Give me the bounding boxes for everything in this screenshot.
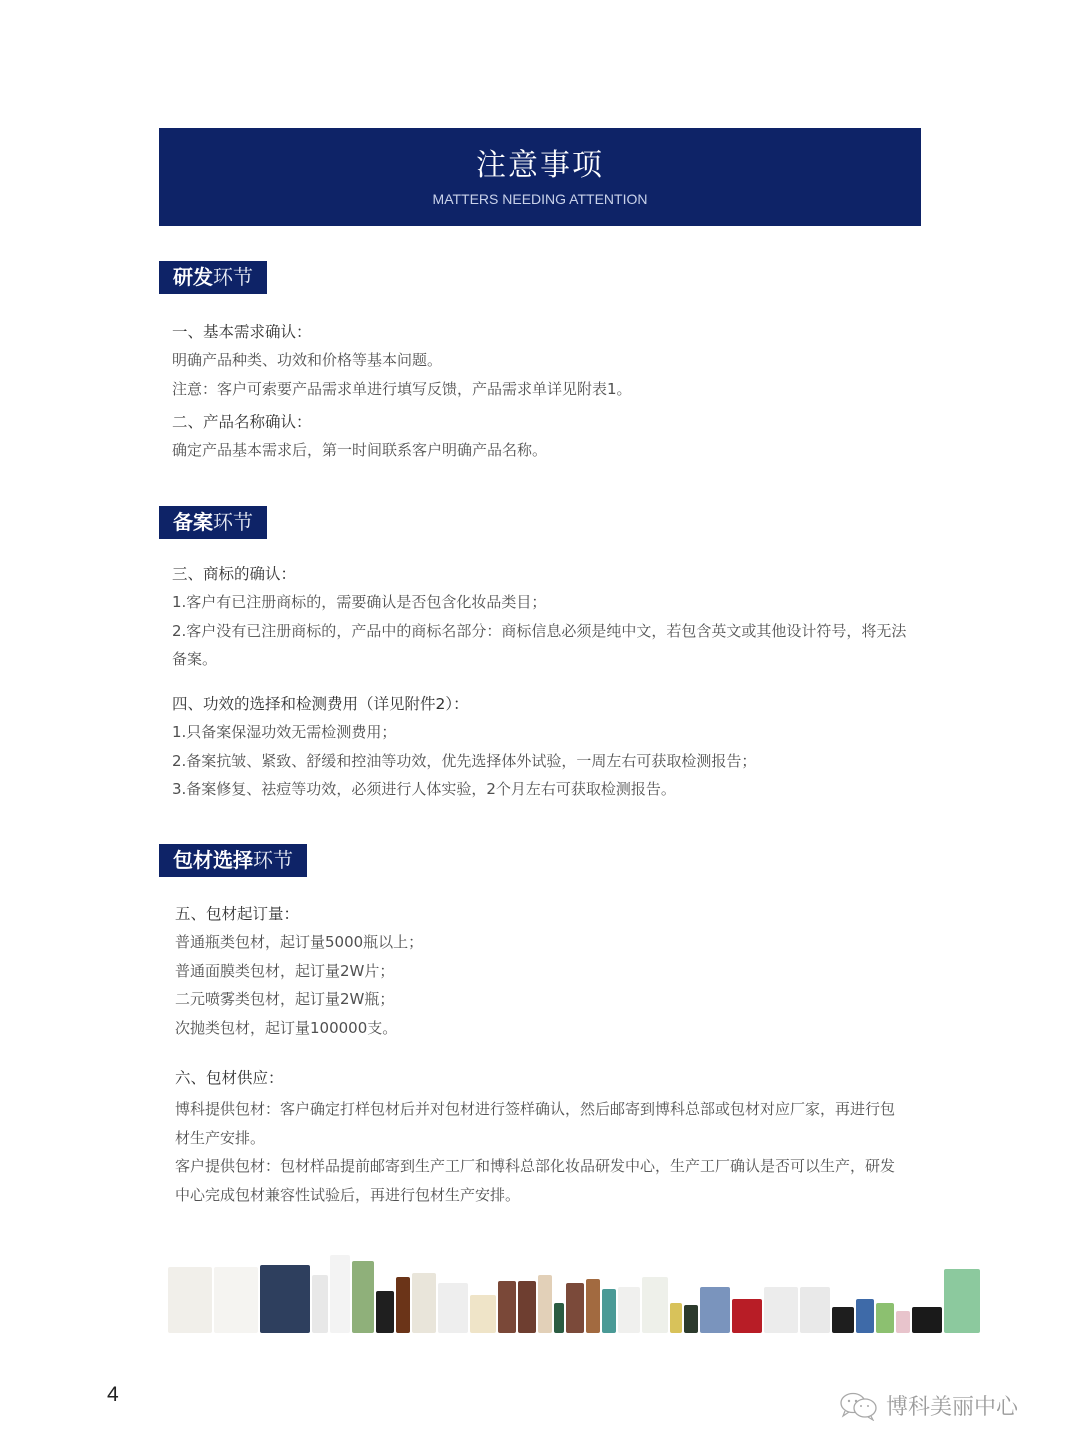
section-tag-rnd: 研发环节 xyxy=(159,261,267,294)
item-line: 普通瓶类包材，起订量5000瓶以上； xyxy=(175,928,927,957)
title-banner: 注意事项 MATTERS NEEDING ATTENTION xyxy=(159,128,921,226)
item-line: 2.客户没有已注册商标的，产品中的商标名部分：商标信息必须是纯中文，若包含英文或… xyxy=(172,617,924,646)
section-tag-bold: 研发 xyxy=(173,265,213,289)
section-tag-bold: 包材选择 xyxy=(173,848,253,872)
item-trademark: 三、商标的确认： 1.客户有已注册商标的，需要确认是否包含化妆品类目； 2.客户… xyxy=(172,560,924,674)
item-line: 次抛类包材，起订量100000支。 xyxy=(175,1014,927,1043)
document-page: 注意事项 MATTERS NEEDING ATTENTION 研发环节 一、基本… xyxy=(0,0,1080,1455)
item-line: 备案。 xyxy=(172,645,924,674)
item-line: 2.备案抗皱、紧致、舒缓和控油等功效，优先选择体外试验，一周左右可获取检测报告； xyxy=(172,747,924,776)
item-heading: 四、功效的选择和检测费用（详见附件2）： xyxy=(172,690,924,718)
item-line: 1.只备案保湿功效无需检测费用； xyxy=(172,718,924,747)
item-line: 中心完成包材兼容性试验后，再进行包材生产安排。 xyxy=(175,1181,925,1210)
page-subtitle: MATTERS NEEDING ATTENTION xyxy=(159,191,921,207)
item-line: 博科提供包材：客户确定打样包材后并对包材进行签样确认，然后邮寄到博科总部或包材对… xyxy=(175,1095,925,1124)
item-packaging-supply: 六、包材供应： 博科提供包材：客户确定打样包材后并对包材进行签样确认，然后邮寄到… xyxy=(175,1064,925,1209)
item-line: 1.客户有已注册商标的，需要确认是否包含化妆品类目； xyxy=(172,588,924,617)
item-line: 确定产品基本需求后，第一时间联系客户明确产品名称。 xyxy=(172,436,924,465)
wechat-icon xyxy=(838,1391,880,1421)
section-tag-light: 环节 xyxy=(213,510,253,534)
item-product-name: 二、产品名称确认： 确定产品基本需求后，第一时间联系客户明确产品名称。 xyxy=(172,408,924,465)
item-line: 二元喷雾类包材，起订量2W瓶； xyxy=(175,985,927,1014)
section-tag-packaging: 包材选择环节 xyxy=(159,844,307,877)
item-line: 明确产品种类、功效和价格等基本问题。 xyxy=(172,346,924,375)
page-number: 4 xyxy=(107,1383,119,1407)
section-tag-filing: 备案环节 xyxy=(159,506,267,539)
item-line: 材生产安排。 xyxy=(175,1124,925,1153)
item-line: 普通面膜类包材，起订量2W片； xyxy=(175,957,927,986)
watermark-text: 博科美丽中心 xyxy=(886,1390,1018,1421)
item-heading: 三、商标的确认： xyxy=(172,560,924,588)
item-line: 客户提供包材：包材样品提前邮寄到生产工厂和博科总部化妆品研发中心，生产工厂确认是… xyxy=(175,1152,925,1181)
item-line: 3.备案修复、祛痘等功效，必须进行人体实验，2个月左右可获取检测报告。 xyxy=(172,775,924,804)
section-tag-light: 环节 xyxy=(213,265,253,289)
item-efficacy-testing: 四、功效的选择和检测费用（详见附件2）： 1.只备案保湿功效无需检测费用； 2.… xyxy=(172,690,924,804)
item-heading: 二、产品名称确认： xyxy=(172,408,924,436)
product-lineup-image xyxy=(168,1255,922,1333)
item-heading: 六、包材供应： xyxy=(175,1064,925,1092)
item-heading: 五、包材起订量： xyxy=(175,900,927,928)
item-packaging-moq: 五、包材起订量： 普通瓶类包材，起订量5000瓶以上； 普通面膜类包材，起订量2… xyxy=(175,900,927,1042)
item-line: 注意：客户可索要产品需求单进行填写反馈，产品需求单详见附表1。 xyxy=(172,375,924,404)
item-basic-requirements: 一、基本需求确认： 明确产品种类、功效和价格等基本问题。 注意：客户可索要产品需… xyxy=(172,318,924,403)
section-tag-bold: 备案 xyxy=(173,510,213,534)
page-title: 注意事项 xyxy=(159,148,921,184)
item-heading: 一、基本需求确认： xyxy=(172,318,924,346)
section-tag-light: 环节 xyxy=(253,848,293,872)
wechat-watermark: 博科美丽中心 xyxy=(838,1390,1018,1421)
